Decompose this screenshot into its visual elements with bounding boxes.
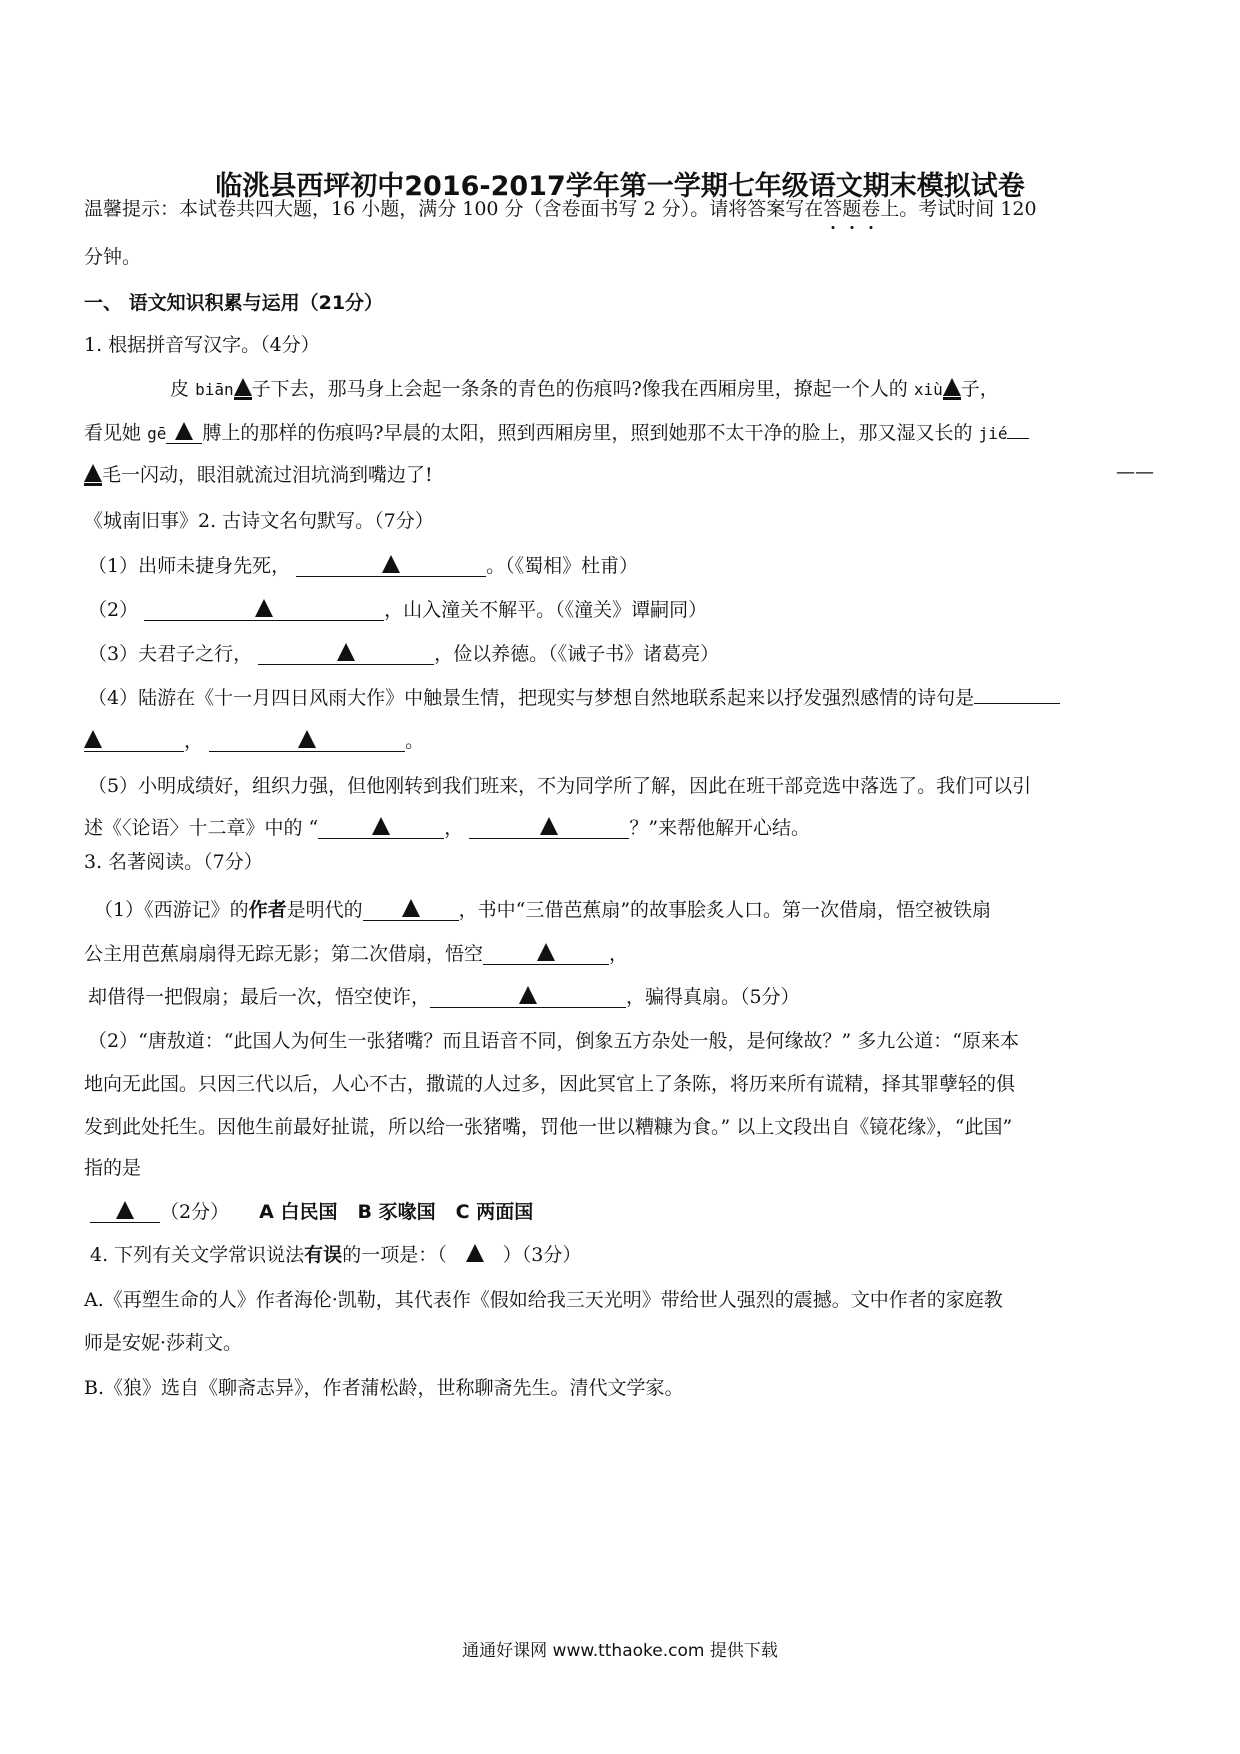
- answer-blank[interactable]: [209, 730, 405, 752]
- text: ，书中“三借芭蕉扇”的故事脍炙人口。第一次借扇，悟空被铁扇: [459, 899, 991, 921]
- answer-blank[interactable]: [90, 1201, 160, 1223]
- answer-blank[interactable]: [318, 817, 444, 839]
- triangle-marker-icon: [943, 378, 961, 396]
- triangle-marker-icon: [298, 730, 316, 748]
- q2-stem-text: 2. 古诗文名句默写。（7分）: [198, 510, 434, 532]
- answer-blank[interactable]: [430, 986, 626, 1008]
- answer-blank[interactable]: [166, 422, 202, 444]
- q2-item-4: （4）陆游在《十一月四日风雨大作》中触景生情，把现实与梦想自然地联系起来以抒发强…: [88, 686, 1060, 710]
- answer-blank[interactable]: [296, 555, 486, 577]
- text: ，: [609, 943, 628, 965]
- dash: ——: [1116, 461, 1154, 483]
- emphasis-char: 答: [823, 197, 842, 221]
- exam-page: 临洮县西坪初中2016-2017学年第一学期七年级语文期末模拟试卷 温馨提示：本…: [0, 0, 1240, 1754]
- q2-item-5: （5）小明成绩好，组织力强，但他刚转到我们班来，不为同学所了解，因此在班干部竞选…: [88, 774, 1031, 798]
- text: 却借得一把假扇；最后一次，悟空使诈，: [88, 986, 430, 1008]
- section-heading: 一、 语文知识积累与运用（21分）: [84, 291, 383, 315]
- triangle-marker-icon: [255, 599, 273, 617]
- q1-para-line-1: 皮 biān子下去，那马身上会起一条条的青色的伤痕吗?像我在西厢房里，撩起一个人…: [170, 377, 999, 402]
- text: 。: [405, 730, 424, 752]
- q4-option-a-line-1: A.《再塑生命的人》作者海伦·凯勒，其代表作《假如给我三天光明》带给世人强烈的震…: [84, 1288, 1003, 1312]
- pinyin: jié: [979, 424, 1008, 443]
- text: ？”来帮他解开心结。: [629, 817, 810, 839]
- triangle-marker-icon: [540, 817, 558, 835]
- triangle-marker-icon: [382, 555, 400, 573]
- text: 子下去，那马身上会起一条条的青色的伤痕吗?像我在西厢房里，撩起一个人的: [252, 378, 908, 400]
- q2-stem: 《城南旧事》2. 古诗文名句默写。（7分）: [84, 509, 434, 533]
- triangle-marker-icon: [372, 817, 390, 835]
- text: （1）《西游记》的: [94, 899, 249, 921]
- q2-item-3: （3）夫君子之行， ，俭以养德。（《诫子书》诸葛亮）: [88, 642, 719, 666]
- option-c[interactable]: C 两面国: [456, 1201, 534, 1223]
- text: 毛一闪动，眼泪就流过泪坑淌到嘴边了!: [102, 464, 433, 486]
- triangle-marker-icon: [234, 378, 252, 396]
- option-a[interactable]: A 白民国: [259, 1201, 337, 1223]
- source-title: 《城南旧事》: [84, 510, 198, 532]
- q3-item-1-line-2: 公主用芭蕉扇扇得无踪无影；第二次借扇，悟空，: [84, 942, 628, 966]
- answer-blank[interactable]: [234, 378, 252, 400]
- triangle-marker-icon: [519, 986, 537, 1004]
- answer-blank[interactable]: [1007, 438, 1029, 439]
- q3-item-2-options: （2分） A 白民国 B 豕喙国 C 两面国: [90, 1200, 533, 1224]
- q3-stem: 3. 名著阅读。（7分）: [84, 850, 263, 874]
- q1-stem: 1. 根据拼音写汉字。（4分）: [84, 333, 320, 357]
- text: 出师未捷身先死，: [138, 555, 290, 577]
- q2-item-1: （1）出师未捷身先死， 。（《蜀相》杜甫）: [88, 554, 638, 578]
- item-number: （3）: [88, 643, 138, 665]
- answer-blank[interactable]: [469, 817, 629, 839]
- answer-slot[interactable]: [453, 1243, 497, 1267]
- text: ）（3分）: [503, 1244, 582, 1266]
- q3-item-2-line-4: 指的是: [84, 1156, 141, 1180]
- q2-item-4-cont: ， 。: [84, 729, 424, 753]
- q3-item-1-line-3: 却借得一把假扇；最后一次，悟空使诈，，骗得真扇。（5分）: [88, 985, 800, 1009]
- text: 膊上的那样的伤痕吗?早晨的太阳，照到西厢房里，照到她那不太干净的脸上，那又湿又长…: [202, 422, 972, 444]
- pinyin: gē: [147, 424, 166, 443]
- text: 。（《蜀相》杜甫）: [486, 555, 638, 577]
- text: ，山入潼关不解平。（《潼关》谭嗣同）: [384, 599, 707, 621]
- triangle-marker-icon: [466, 1244, 484, 1262]
- q1-para-line-3: 毛一闪动，眼泪就流过泪坑淌到嘴边了!: [84, 463, 433, 487]
- answer-blank[interactable]: [974, 703, 1060, 704]
- text: 是明代的: [287, 899, 363, 921]
- bold-text: 有误: [304, 1244, 342, 1266]
- q2-item-5-cont: 述《〈论语〉十二章》中的 “， ？”来帮他解开心结。: [84, 816, 810, 840]
- answer-blank[interactable]: [144, 599, 384, 621]
- text: ，: [184, 730, 203, 752]
- triangle-marker-icon: [537, 943, 555, 961]
- answer-blank[interactable]: [84, 464, 102, 486]
- text: ，骗得真扇。（5分）: [626, 986, 800, 1008]
- bold-text: 作者: [249, 899, 287, 921]
- item-number: （2）: [88, 599, 138, 621]
- intro-line-1: 温馨提示：本试卷共四大题，16 小题，满分 100 分（含卷面书写 2 分）。请…: [84, 197, 1037, 221]
- intro-text: 上。考试时间 120: [880, 198, 1036, 220]
- triangle-marker-icon: [116, 1201, 134, 1219]
- text: 子，: [961, 378, 999, 400]
- text: ，: [444, 817, 463, 839]
- option-b[interactable]: B 豕喙国: [358, 1201, 436, 1223]
- footer-watermark: 通通好课网 www.tthaoke.com 提供下载: [0, 1636, 1240, 1661]
- triangle-marker-icon: [84, 464, 102, 482]
- text: 的一项是：（: [342, 1244, 447, 1266]
- item-number: （1）: [88, 555, 138, 577]
- q4-option-a-line-2: 师是安妮·莎莉文。: [84, 1331, 242, 1355]
- triangle-marker-icon: [337, 643, 355, 661]
- answer-blank[interactable]: [483, 943, 609, 965]
- intro-text: 温馨提示：本试卷共四大题，16 小题，满分 100 分（含卷面书写 2 分）。请…: [84, 198, 823, 220]
- emphasis-char: 题: [842, 197, 861, 221]
- answer-blank[interactable]: [258, 643, 434, 665]
- text: 述《〈论语〉十二章》中的 “: [84, 817, 318, 839]
- emphasis-char: 卷: [861, 197, 880, 221]
- q2-item-2: （2） ，山入潼关不解平。（《潼关》谭嗣同）: [88, 598, 707, 622]
- triangle-marker-icon: [402, 899, 420, 917]
- q3-item-2-line-3: 发到此处托生。因他生前最好扯谎，所以给一张猪嘴，罚他一世以糟糠为食。” 以上文段…: [84, 1115, 1012, 1139]
- text: 4. 下列有关文学常识说法: [90, 1244, 304, 1266]
- q4-stem: 4. 下列有关文学常识说法有误的一项是：（ ）（3分）: [90, 1243, 581, 1267]
- q4-option-b: B.《狼》选自《聊斋志异》，作者蒲松龄，世称聊斋先生。清代文学家。: [84, 1376, 684, 1400]
- q3-item-1-line-1: （1）《西游记》的作者是明代的，书中“三借芭蕉扇”的故事脍炙人口。第一次借扇，悟…: [94, 898, 991, 922]
- intro-line-2: 分钟。: [84, 245, 141, 269]
- text: ，俭以养德。（《诫子书》诸葛亮）: [434, 643, 719, 665]
- points: （2分）: [160, 1201, 229, 1223]
- answer-blank[interactable]: [943, 378, 961, 400]
- triangle-marker-icon: [175, 422, 193, 440]
- q1-para-line-2: 看见她 gē膊上的那样的伤痕吗?早晨的太阳，照到西厢房里，照到她那不太干净的脸上…: [84, 421, 1029, 446]
- text: 皮: [170, 378, 189, 400]
- triangle-marker-icon: [84, 730, 102, 748]
- pinyin: xiù: [914, 380, 943, 399]
- text: 看见她: [84, 422, 141, 444]
- answer-blank[interactable]: [84, 730, 184, 752]
- text: 公主用芭蕉扇扇得无踪无影；第二次借扇，悟空: [84, 943, 483, 965]
- text: （4）陆游在《十一月四日风雨大作》中触景生情，把现实与梦想自然地联系起来以抒发强…: [88, 687, 974, 709]
- pinyin: biān: [195, 380, 234, 399]
- answer-blank[interactable]: [363, 899, 459, 921]
- q3-item-2-line-1: （2）“唐敖道：“此国人为何生一张猪嘴？而且语音不同，倒象五方杂处一般，是何缘故…: [88, 1029, 1019, 1053]
- text: 夫君子之行，: [138, 643, 252, 665]
- q3-item-2-line-2: 地向无此国。只因三代以后，人心不古，撒谎的人过多，因此冥官上了条陈，将历来所有谎…: [84, 1072, 1015, 1096]
